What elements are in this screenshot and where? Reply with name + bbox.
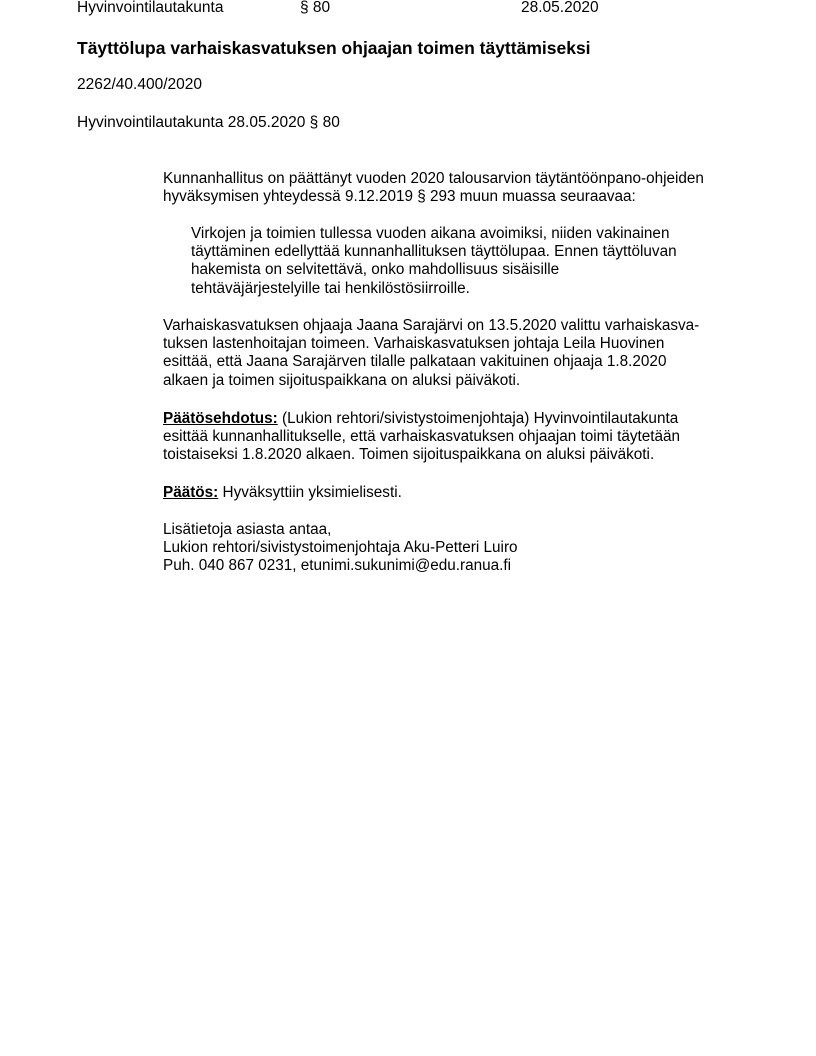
proposal-text: (Lukion rehtori/sivistystoimenjohtaja) H…: [278, 410, 678, 427]
text-line: Päätösehdotus: (Lukion rehtori/sivistyst…: [163, 410, 763, 428]
decision-paragraph: Päätös: Hyväksyttiin yksimielisesti.: [163, 484, 763, 502]
text-line: esittää kunnanhallitukselle, että varhai…: [163, 428, 763, 446]
text-line: Puh. 040 867 0231, etunimi.sukunimi@edu.…: [163, 557, 763, 575]
text-line: Virkojen ja toimien tullessa vuoden aika…: [191, 225, 791, 243]
header-committee: Hyvinvointilautakunta: [77, 0, 223, 17]
intro-paragraph: Kunnanhallitus on päättänyt vuoden 2020 …: [163, 170, 763, 206]
text-line: hakemista on selvitettävä, onko mahdolli…: [191, 261, 791, 279]
text-line: toistaiseksi 1.8.2020 alkaen. Toimen sij…: [163, 446, 763, 464]
background-paragraph: Varhaiskasvatuksen ohjaaja Jaana Sarajär…: [163, 317, 763, 390]
contact-paragraph: Lisätietoja asiasta antaa, Lukion rehtor…: [163, 521, 763, 576]
decision-text: Hyväksyttiin yksimielisesti.: [218, 484, 402, 501]
quoted-paragraph: Virkojen ja toimien tullessa vuoden aika…: [191, 225, 791, 298]
meeting-reference: Hyvinvointilautakunta 28.05.2020 § 80: [77, 114, 340, 132]
text-line: esittää, että Jaana Sarajärven tilalle p…: [163, 353, 763, 371]
text-line: täyttäminen edellyttää kunnanhallituksen…: [191, 243, 791, 261]
decision-label: Päätös:: [163, 484, 218, 501]
header-section: § 80: [300, 0, 330, 17]
text-line: tehtäväjärjestelyille tai henkilöstösiir…: [191, 280, 791, 298]
text-line: alkaen ja toimen sijoituspaikkana on alu…: [163, 372, 763, 390]
header-date: 28.05.2020: [521, 0, 599, 17]
text-line: Kunnanhallitus on päättänyt vuoden 2020 …: [163, 170, 763, 188]
proposal-paragraph: Päätösehdotus: (Lukion rehtori/sivistyst…: [163, 410, 763, 465]
text-line: Lisätietoja asiasta antaa,: [163, 521, 763, 539]
text-line: tuksen lastenhoitajan toimeen. Varhaiska…: [163, 335, 763, 353]
proposal-label: Päätösehdotus:: [163, 410, 278, 427]
text-line: hyväksymisen yhteydessä 9.12.2019 § 293 …: [163, 188, 763, 206]
text-line: Päätös: Hyväksyttiin yksimielisesti.: [163, 484, 763, 502]
text-line: Lukion rehtori/sivistystoimenjohtaja Aku…: [163, 539, 763, 557]
reference-number: 2262/40.400/2020: [77, 76, 202, 94]
document-title: Täyttölupa varhaiskasvatuksen ohjaajan t…: [77, 37, 591, 59]
text-line: Varhaiskasvatuksen ohjaaja Jaana Sarajär…: [163, 317, 763, 335]
